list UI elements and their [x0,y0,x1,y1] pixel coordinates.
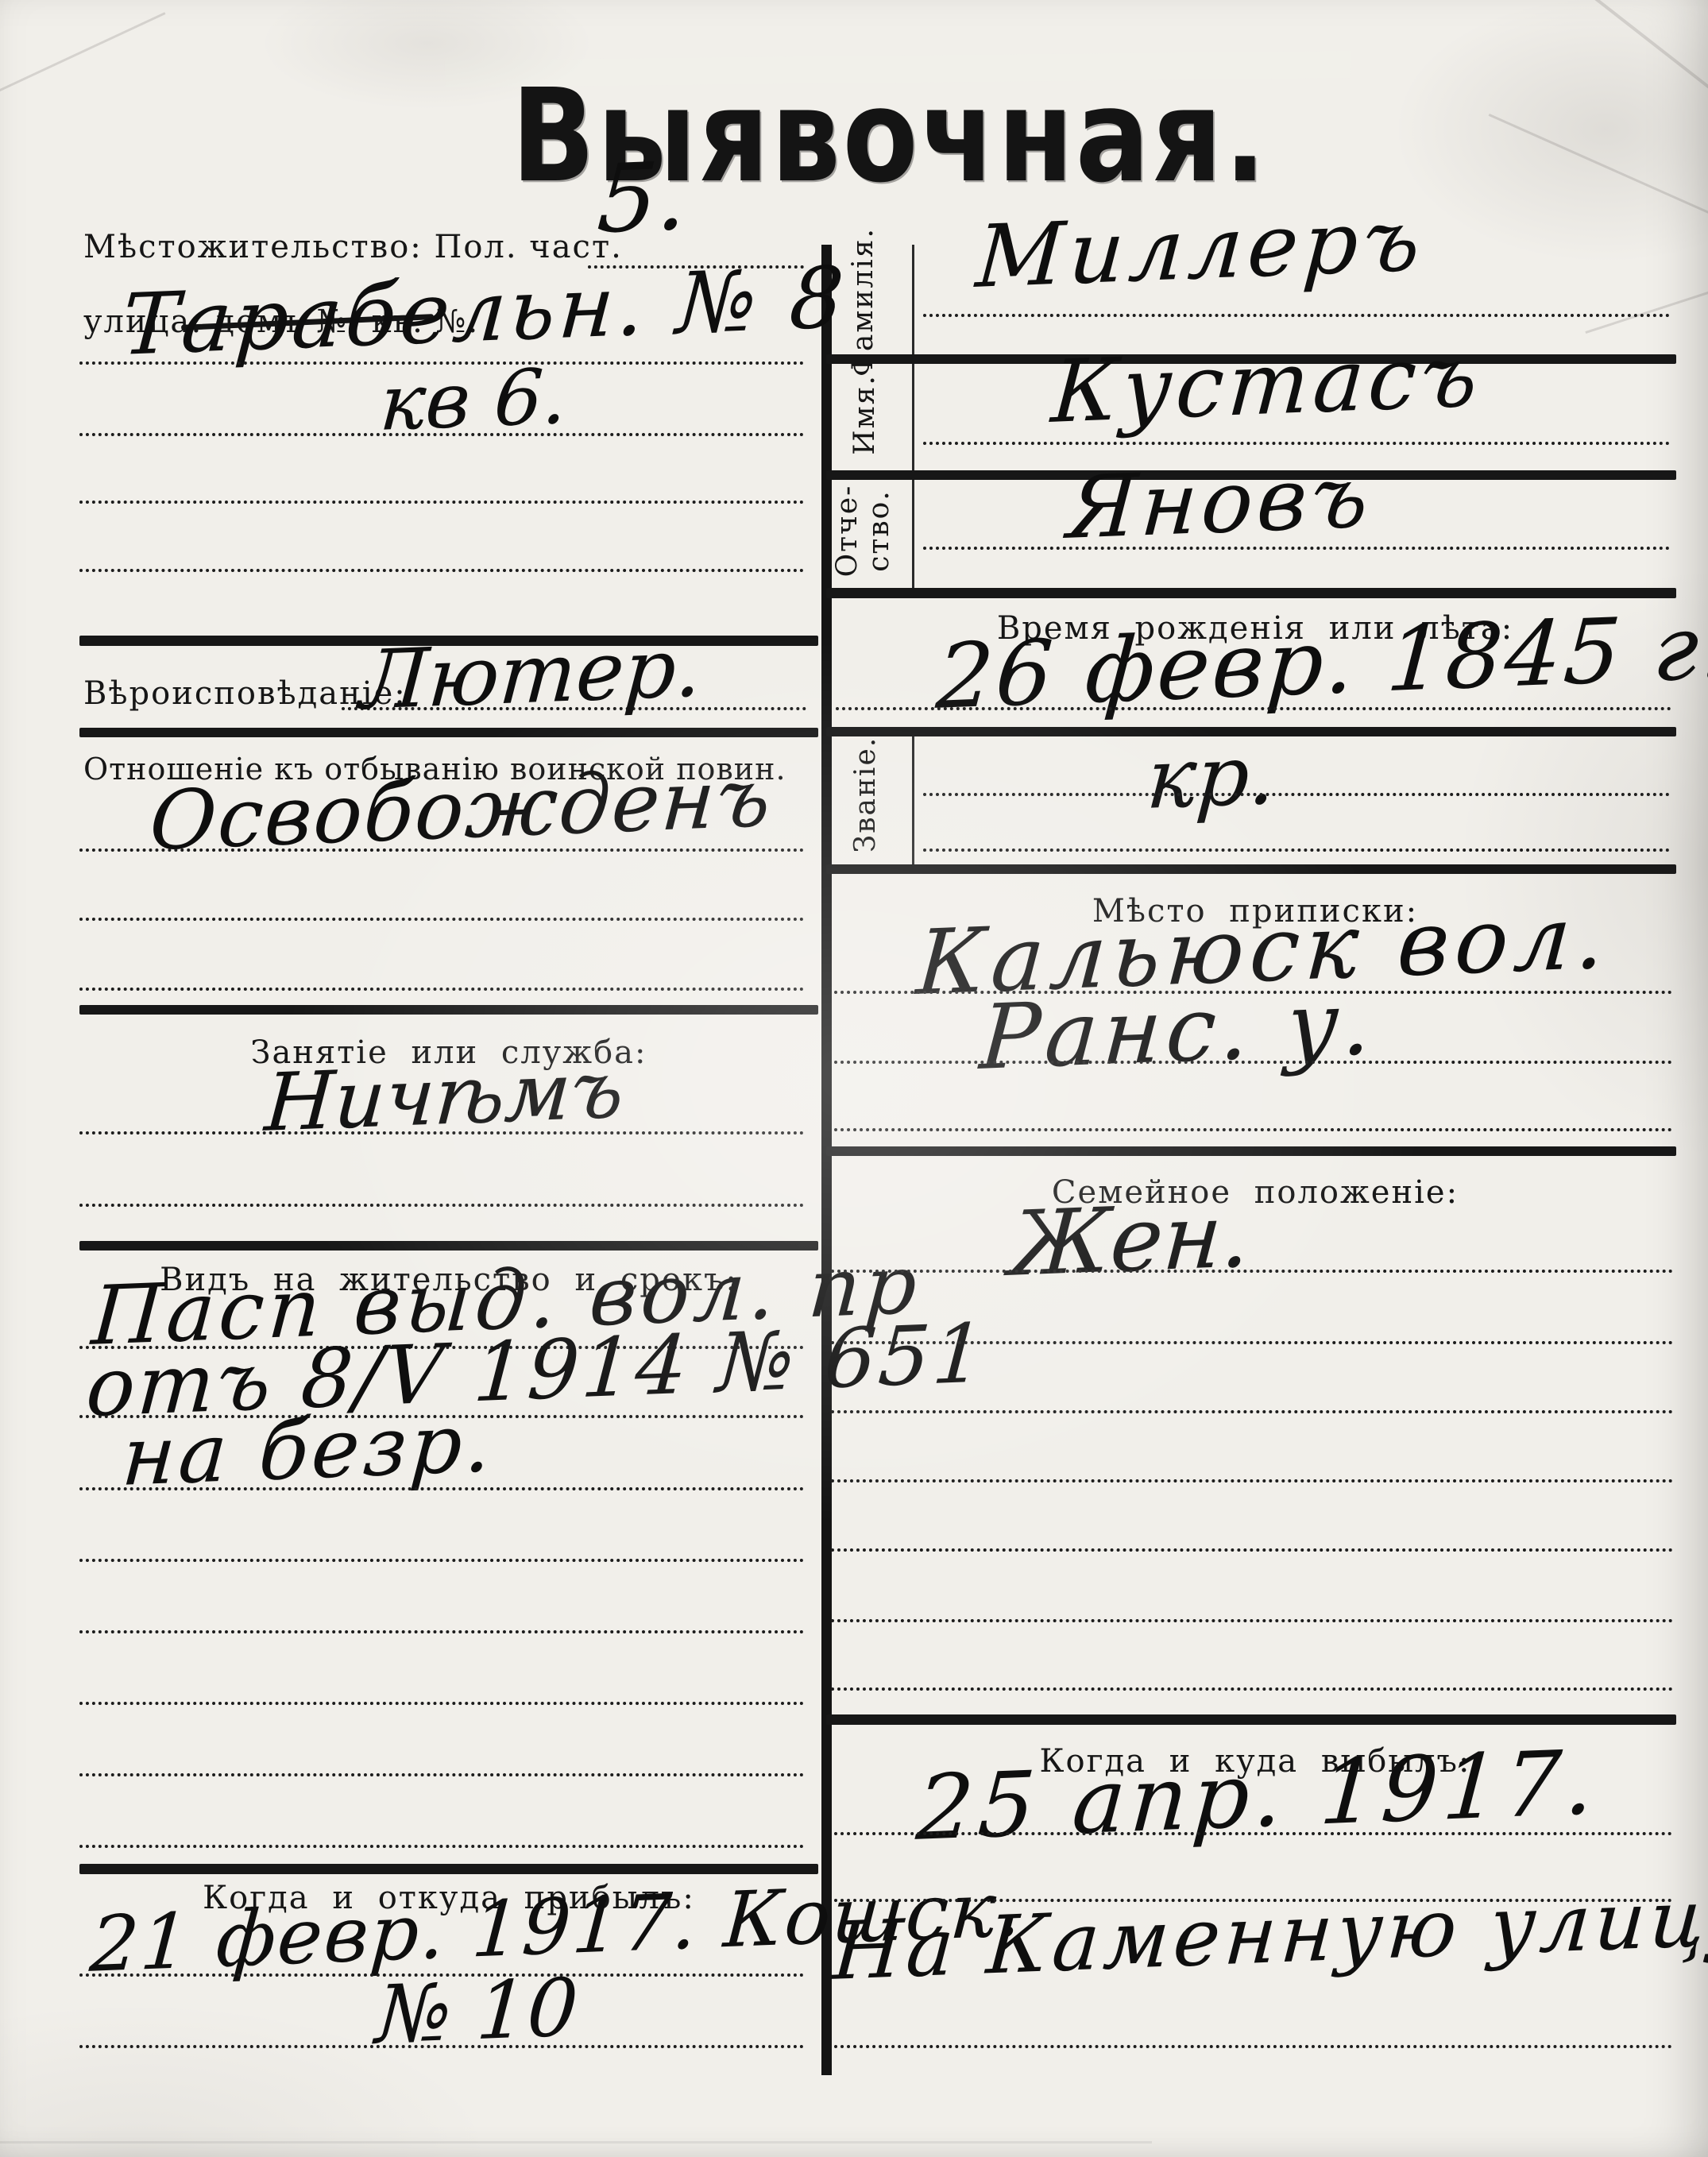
ruled-line [79,848,804,852]
firstname-value-handwritten: Кустасъ [1049,327,1485,443]
ruled-line [79,988,804,991]
ruled-line [79,1131,804,1135]
section-rule [826,864,1676,874]
ruled-line [834,1128,1672,1131]
scan-edge-line [0,2141,1152,2143]
ruled-line [923,442,1670,445]
ruled-line [79,2045,804,2048]
ruled-line [831,1341,1673,1344]
ruled-line [79,501,804,504]
patronymic-label: Отче- ство. [832,471,905,590]
ruled-line [834,1061,1672,1064]
ruled-line [831,1687,1673,1691]
patronymic-label-line2: ство. [863,489,895,571]
ruled-line [923,547,1670,550]
firstname-label: Имя. [849,362,889,467]
paper-crease [1578,0,1708,114]
ruled-line [831,1410,1673,1413]
paper-crease [1585,273,1708,334]
family-status-label: Семейное положеніе: [838,1174,1672,1211]
paper-crease [1489,114,1708,222]
ruled-line [79,918,804,921]
section-rule [826,588,1676,598]
registration-card: Выявочная. 5. Мѣстожительство: Пол. част… [0,0,1708,2157]
patronymic-value-handwritten: Яновъ [1065,447,1375,559]
ruled-line [836,707,1671,710]
section-rule [826,1146,1676,1156]
section-rule [826,1714,1676,1725]
rank-value-handwritten: кр. [1144,725,1279,828]
registration-value-line2-handwritten: Ранс. у. [977,971,1380,1090]
ruled-line [923,793,1670,796]
section-rule [79,1005,818,1015]
section-rule [79,728,818,737]
paper-crease [0,12,165,102]
ruled-line [79,433,804,436]
patronymic-label-line1: Отче- [831,485,864,578]
section-rule [79,1864,818,1874]
ruled-line [79,1702,804,1705]
name-label-strip-line [912,245,914,590]
ruled-line [79,1845,804,1848]
ruled-line [831,1548,1673,1552]
ruled-line [923,314,1670,317]
religion-value-handwritten: Лютер. [357,620,705,729]
rank-label-strip-line [912,727,914,867]
rank-label: Званіе. [850,715,890,874]
ruled-line [79,1487,804,1490]
ruled-line [834,1832,1672,1835]
ruled-line [79,569,804,572]
ruled-line [79,1559,804,1562]
ruled-line [831,1270,1673,1273]
ruled-line [79,1630,804,1633]
ruled-line [79,1773,804,1776]
ruled-line [923,848,1670,852]
ruled-line [831,1479,1673,1482]
ruled-line [834,2045,1672,2048]
ruled-line [831,1619,1673,1622]
ruled-line [79,1204,804,1207]
family-status-value-handwritten: Жен. [1007,1184,1254,1297]
surname-value-handwritten: Миллеръ [973,191,1428,307]
